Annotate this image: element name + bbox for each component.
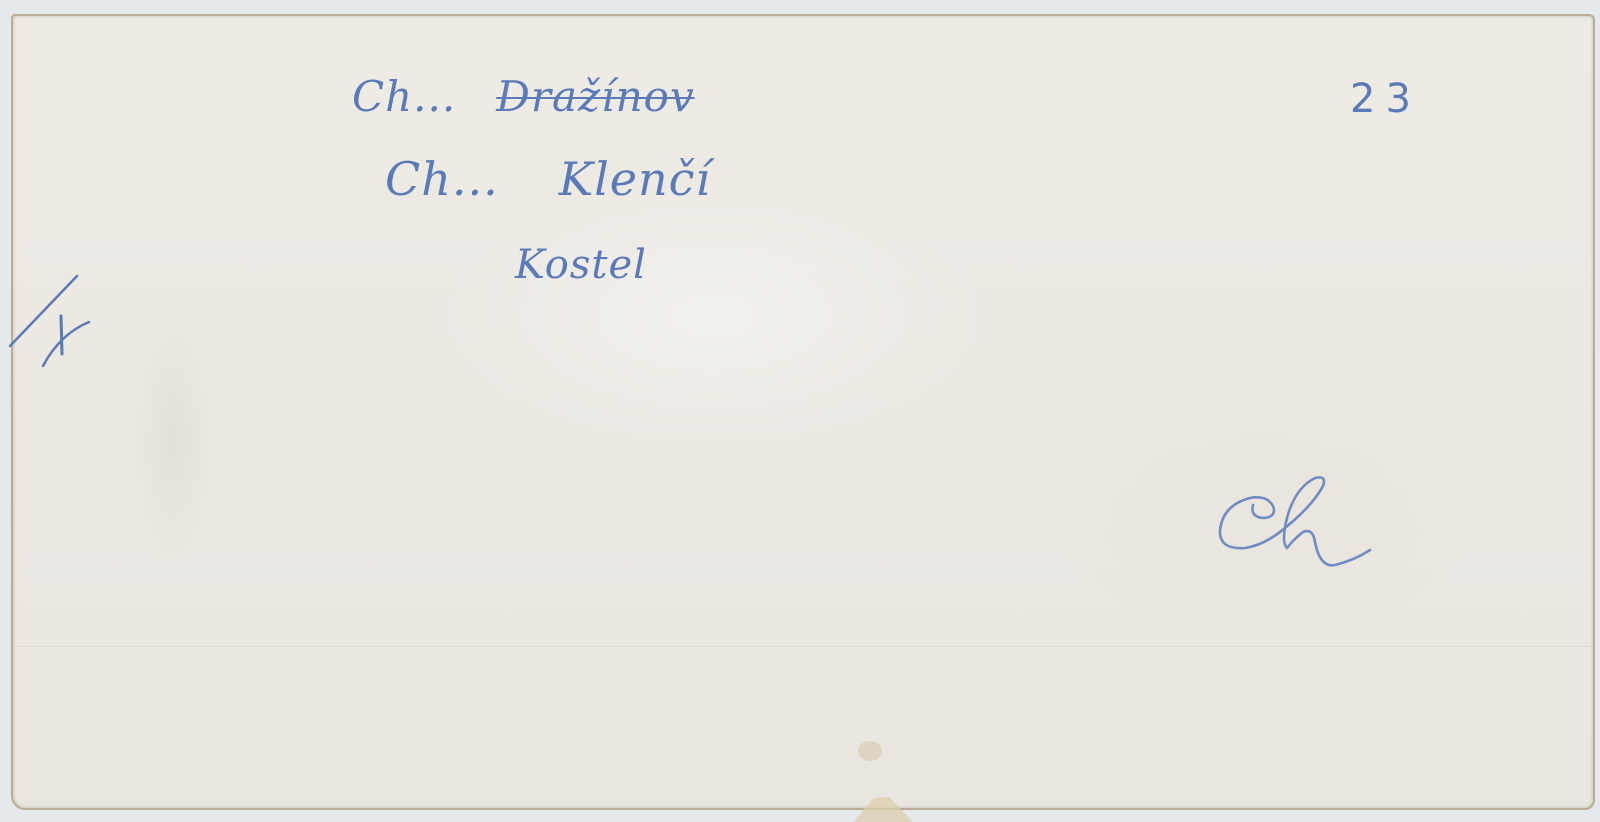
photo-card-back bbox=[11, 14, 1595, 810]
paper-tear bbox=[853, 794, 913, 822]
roman-numeral-mark-icon bbox=[5, 268, 95, 378]
paper-damage-spot bbox=[858, 741, 882, 761]
handwritten-subject: Kostel bbox=[515, 242, 647, 288]
card-number: 23 bbox=[1350, 76, 1421, 122]
line1-prefix: Ch... bbox=[352, 72, 456, 121]
initials-signature-icon bbox=[1205, 470, 1375, 580]
struck-place-name: Dražínov bbox=[496, 72, 694, 121]
place-name: Klenčí bbox=[559, 152, 711, 206]
scan-background: Ch...Dražínov Ch...Klenčí Kostel 23 bbox=[0, 0, 1600, 822]
line2-prefix: Ch... bbox=[385, 152, 499, 206]
handwritten-line-1: Ch...Dražínov bbox=[352, 72, 695, 121]
handwritten-line-2: Ch...Klenčí bbox=[385, 152, 711, 206]
